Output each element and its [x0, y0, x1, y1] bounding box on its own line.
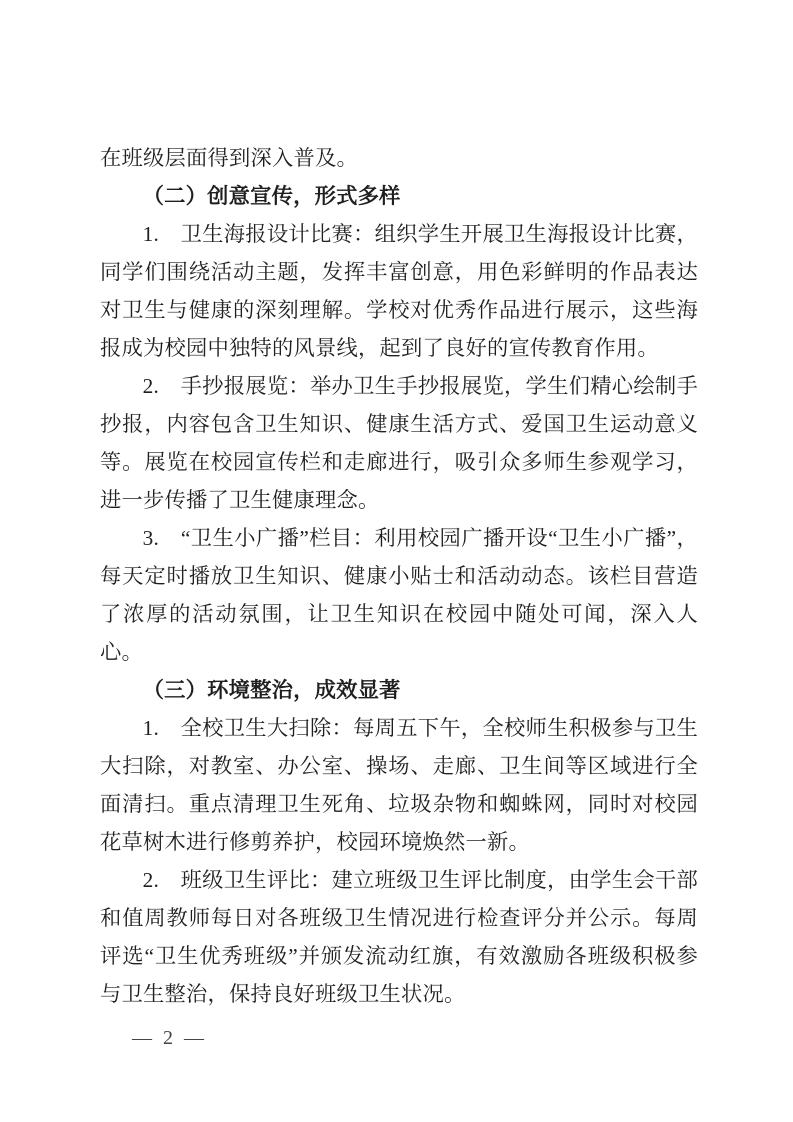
paragraph-continuation: 在班级层面得到深入普及。: [100, 139, 698, 177]
section-heading-3: （三）环境整治，成效显著: [100, 671, 698, 709]
paragraph-broadcast-column: 3. “卫生小广播”栏目：利用校园广播开设“卫生小广播”，每天定时播放卫生知识、…: [100, 519, 698, 671]
paragraph-poster-contest: 1. 卫生海报设计比赛：组织学生开展卫生海报设计比赛，同学们围绕活动主题，发挥丰…: [100, 215, 698, 367]
paragraph-school-cleanup: 1. 全校卫生大扫除：每周五下午，全校师生积极参与卫生大扫除，对教室、办公室、操…: [100, 709, 698, 861]
document-page: 在班级层面得到深入普及。 （二）创意宣传，形式多样 1. 卫生海报设计比赛：组织…: [0, 0, 793, 1122]
page-number: — 2 —: [132, 1026, 207, 1050]
paragraph-class-evaluation: 2. 班级卫生评比：建立班级卫生评比制度，由学生会干部和值周教师每日对各班级卫生…: [100, 861, 698, 1013]
section-heading-2: （二）创意宣传，形式多样: [100, 177, 698, 215]
document-body: 在班级层面得到深入普及。 （二）创意宣传，形式多样 1. 卫生海报设计比赛：组织…: [100, 139, 698, 1013]
paragraph-handwritten-newspaper: 2. 手抄报展览：举办卫生手抄报展览，学生们精心绘制手抄报，内容包含卫生知识、健…: [100, 367, 698, 519]
